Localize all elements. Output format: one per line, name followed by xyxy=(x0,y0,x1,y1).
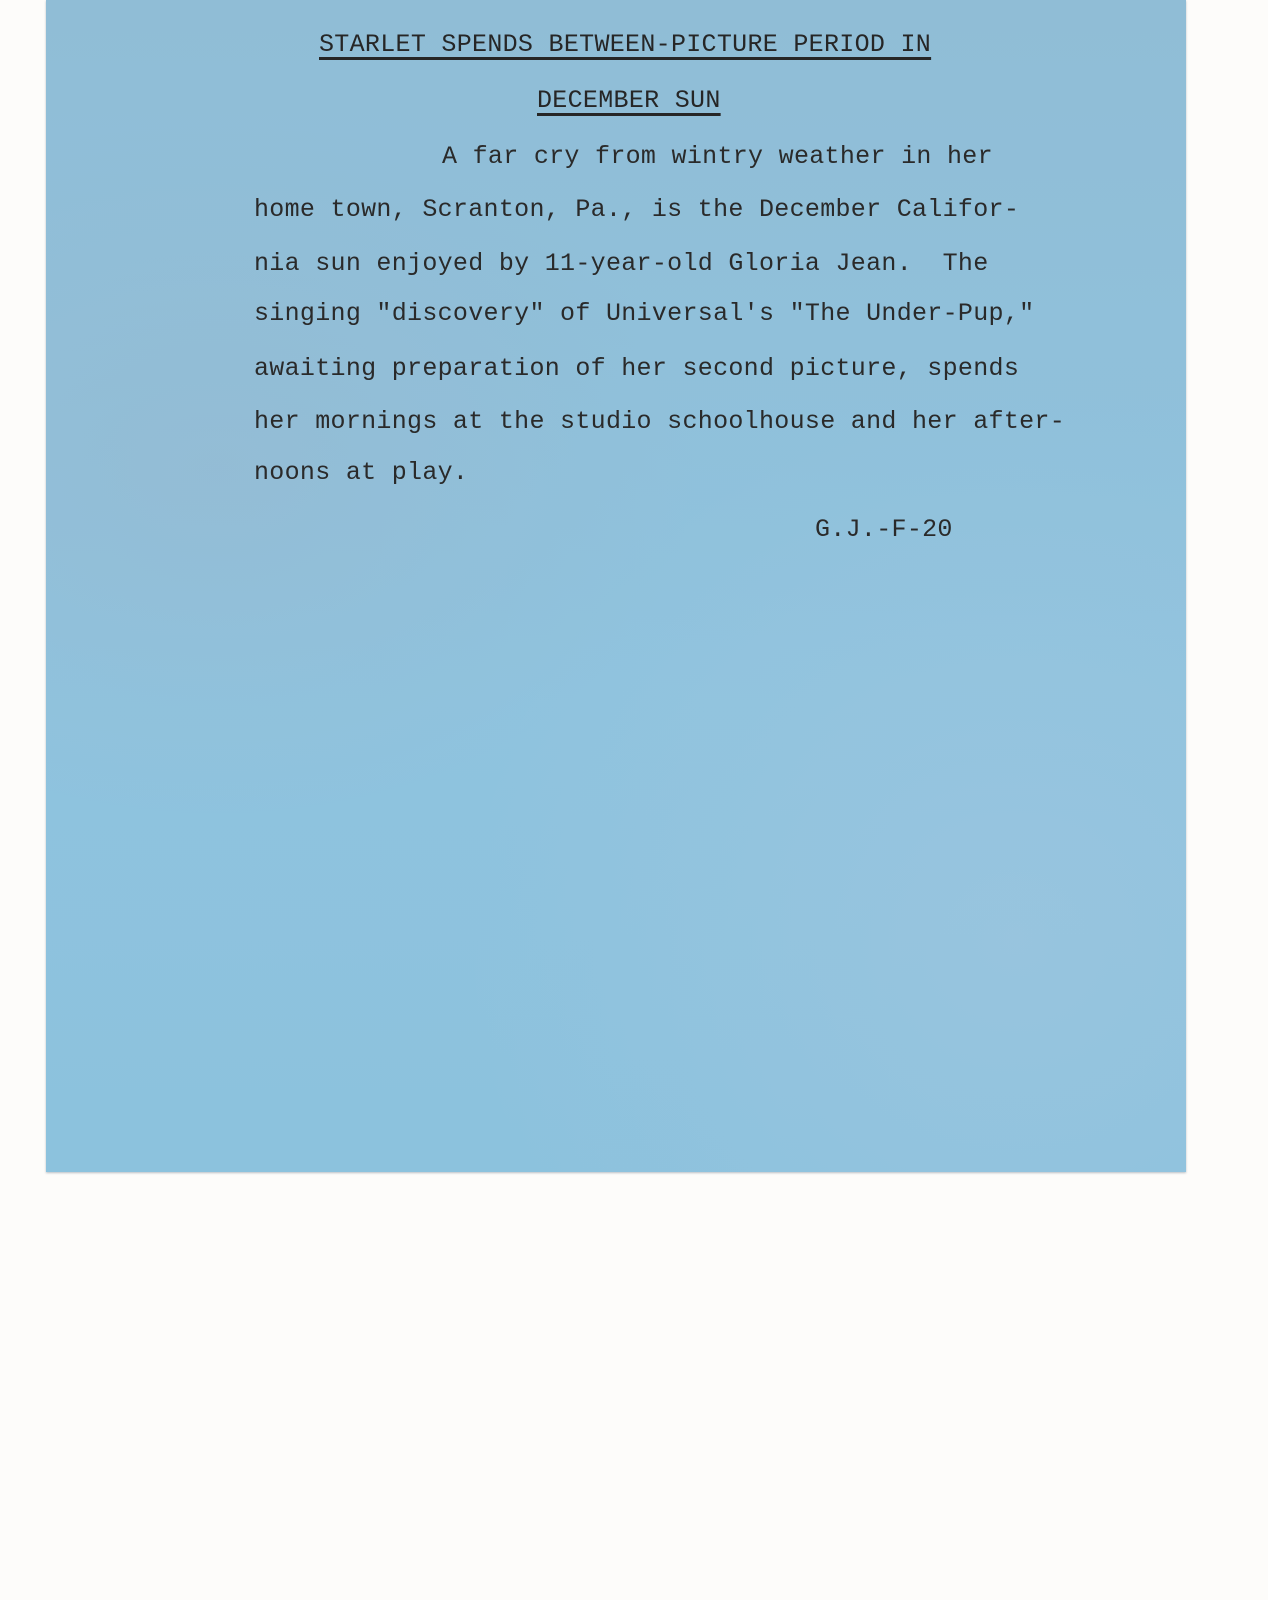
body-line-5: awaiting preparation of her second pictu… xyxy=(254,354,1019,383)
body-line-2: home town, Scranton, Pa., is the Decembe… xyxy=(254,195,1019,224)
blue-paper-sheet xyxy=(46,0,1186,1172)
body-line-7: noons at play. xyxy=(254,458,468,487)
body-line-3: nia sun enjoyed by 11-year-old Gloria Je… xyxy=(254,249,989,278)
body-line-6: her mornings at the studio schoolhouse a… xyxy=(254,407,1065,436)
reference-code: G.J.-F-20 xyxy=(815,515,953,544)
headline-line-1: STARLET SPENDS BETWEEN-PICTURE PERIOD IN xyxy=(319,30,931,59)
body-line-1: A far cry from wintry weather in her xyxy=(442,142,993,171)
body-line-4: singing "discovery" of Universal's "The … xyxy=(254,299,1034,328)
headline-line-2: DECEMBER SUN xyxy=(537,86,721,115)
